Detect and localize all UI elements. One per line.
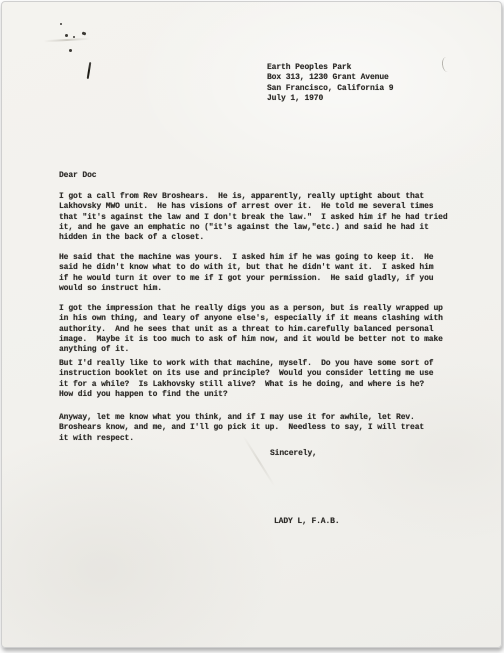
letter-paragraph-3: I got the impression that he really digs… bbox=[59, 304, 443, 355]
pen-mark bbox=[87, 62, 92, 79]
pencil-mark bbox=[441, 57, 451, 73]
letter-paragraph-1: I got a call from Rev Broshears. He is, … bbox=[59, 192, 448, 243]
letter-paragraph-2: He said that the machine was yours. I as… bbox=[59, 253, 433, 294]
salutation: Dear Doc bbox=[59, 171, 96, 181]
letter-paragraph-5: Anyway, let me know what you think, and … bbox=[59, 413, 424, 444]
ink-squiggle bbox=[82, 31, 87, 35]
sender-address-block: Earth Peoples Park Box 313, 1230 Grant A… bbox=[267, 63, 393, 104]
letter-paragraph-4: But I'd really like to work with that ma… bbox=[59, 359, 433, 400]
paper-crease bbox=[44, 38, 90, 42]
closing: Sincerely, bbox=[270, 449, 317, 459]
letter-page: Earth Peoples Park Box 313, 1230 Grant A… bbox=[1, 1, 502, 648]
ink-speck bbox=[69, 49, 72, 52]
signature: LADY L, F.A.B. bbox=[274, 517, 340, 527]
ink-speck bbox=[60, 23, 62, 25]
scanned-letter-image: Earth Peoples Park Box 313, 1230 Grant A… bbox=[0, 0, 504, 653]
ink-speck bbox=[65, 34, 68, 37]
